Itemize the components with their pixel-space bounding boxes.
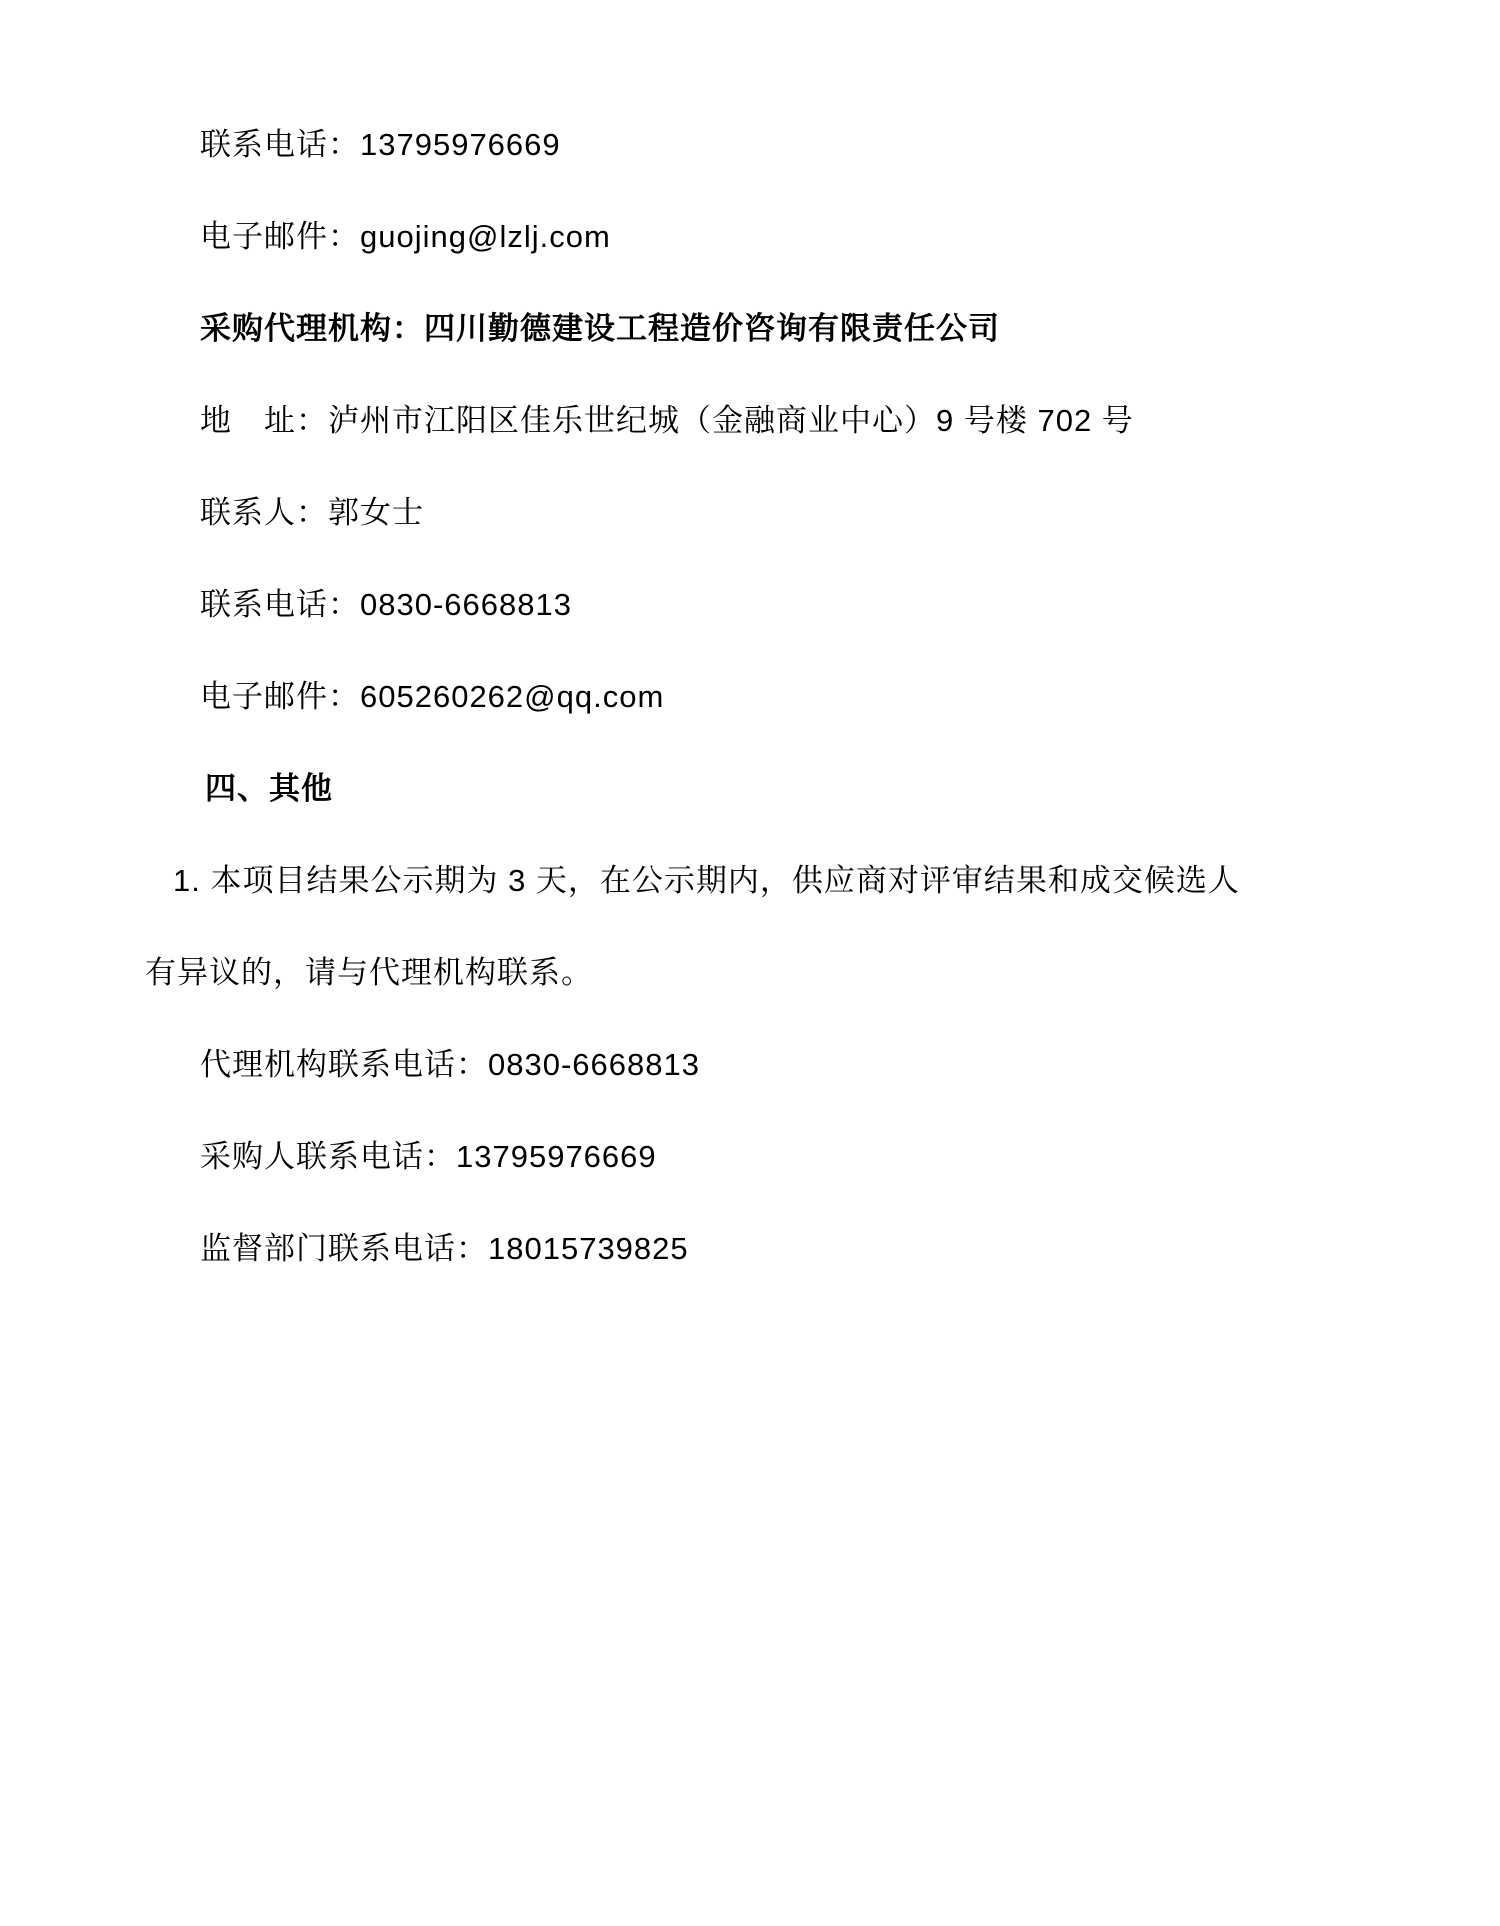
- purchaser-contact-phone-line: 采购人联系电话：13795976669: [145, 1111, 1370, 1203]
- purchaser-phone-line: 联系电话：13795976669: [145, 99, 1370, 191]
- agency-contact-phone-line: 代理机构联系电话：0830-6668813: [145, 1019, 1370, 1111]
- notice-paragraph-line-1: 1. 本项目结果公示期为 3 天，在公示期内，供应商对评审结果和成交候选人: [145, 835, 1370, 927]
- document-page: 联系电话：13795976669 电子邮件：guojing@lzlj.com 采…: [0, 0, 1500, 1926]
- notice-paragraph-line-2: 有异议的，请与代理机构联系。: [145, 927, 1370, 1019]
- supervision-contact-phone-line: 监督部门联系电话：18015739825: [145, 1203, 1370, 1295]
- purchaser-email-line: 电子邮件：guojing@lzlj.com: [145, 191, 1370, 283]
- agency-address-line: 地 址：泸州市江阳区佳乐世纪城（金融商业中心）9 号楼 702 号: [145, 375, 1370, 467]
- agency-contact-person-line: 联系人：郭女士: [145, 467, 1370, 559]
- agency-email-line: 电子邮件：605260262@qq.com: [145, 651, 1370, 743]
- other-section-heading: 四、其他: [145, 743, 1370, 835]
- document-content: 联系电话：13795976669 电子邮件：guojing@lzlj.com 采…: [0, 0, 1500, 1295]
- agency-phone-line: 联系电话：0830-6668813: [145, 559, 1370, 651]
- agency-name-line: 采购代理机构：四川勤德建设工程造价咨询有限责任公司: [145, 283, 1370, 375]
